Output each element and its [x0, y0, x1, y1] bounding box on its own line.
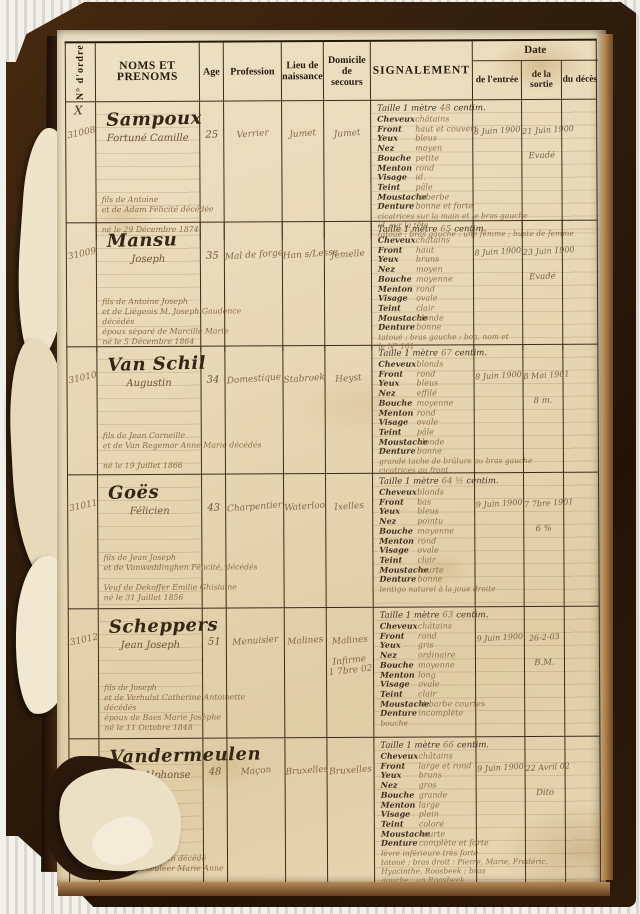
- age-cell: 48: [203, 739, 228, 886]
- signalement-fields: CheveuxchâtainsFronthaut et couvertYeuxb…: [377, 114, 471, 212]
- order-number: 31010: [68, 370, 98, 386]
- profession-value: Maçon: [227, 764, 285, 778]
- order-number-cell: 31012: [69, 609, 100, 738]
- signalement-fields: CheveuxblondsFrontrondYeuxbleusNezeffilé…: [378, 359, 472, 457]
- header-domicile: Domicile de secours: [324, 42, 371, 100]
- exit-note: Dito: [525, 787, 564, 799]
- domicile-cell: Bruxelles: [327, 738, 375, 886]
- header-date: Date: [473, 41, 598, 62]
- death-date: [563, 246, 599, 248]
- entry-date: 9 Juin 1900: [475, 498, 523, 510]
- exit-date: 21 Juin 1900: [522, 125, 561, 136]
- signalement-note: Hyacinthe, Roosbeek ; bras: [381, 866, 474, 875]
- entry-date: 8 Juin 1900: [474, 246, 522, 258]
- entry-date: 9 Juin 1900: [476, 762, 524, 774]
- order-number: 31012: [69, 632, 99, 648]
- birthplace-cell: Bruxelles: [285, 738, 328, 886]
- register-row: 31009 Mansu Joseph fils de Antoine Josep…: [66, 221, 599, 348]
- age-cell: 51: [203, 609, 228, 738]
- exit-date-cell: 23 Juin 1900Evadé: [523, 221, 564, 350]
- signalement-field: Denturebonne: [380, 575, 473, 585]
- signalement-fields: CheveuxchâtainsFrontlarge et rondYeuxbru…: [380, 751, 474, 849]
- birthplace-value: Han s/Lesse: [283, 249, 325, 262]
- birthplace-cell: Waterloo: [284, 474, 327, 607]
- signalement-note: lèvre inférieure très forte: [381, 848, 474, 857]
- entry-date-cell: 9 Juin 1900: [475, 473, 525, 606]
- name-cell: Sampoux Fortuné Camille fils de Antoinee…: [96, 102, 201, 241]
- signalement-field: Denturebonne: [378, 323, 471, 333]
- surname: Sampoux: [96, 101, 200, 131]
- order-number: 31009: [67, 246, 97, 262]
- signalement-cell: Taille 1 mètre64 ½centim. CheveuxblondsF…: [373, 473, 476, 607]
- signalement-note: bouche: [380, 718, 473, 727]
- domicile-cell: Heyst: [325, 346, 373, 475]
- header-order-number: N° d'ordre: [66, 43, 96, 101]
- header-date-entry: de l'entrée: [473, 61, 522, 99]
- check-mark: X: [74, 103, 83, 117]
- death-date-cell: [564, 473, 601, 606]
- domicile-value: Jumet: [324, 127, 371, 140]
- signalement-notes: lèvre inférieure très fortetatoué : bras…: [381, 848, 474, 884]
- profession-value: Charpentier: [226, 500, 284, 514]
- birthplace-cell: Stabroek: [283, 346, 326, 475]
- given-names: Fortuné Camille: [96, 133, 199, 145]
- entry-date-cell: 9 Juin 1900: [476, 607, 526, 736]
- age-cell: 34: [201, 347, 226, 476]
- entry-date-cell: 8 Juin 1900: [473, 100, 523, 238]
- age-value: 35: [201, 251, 224, 262]
- signalement-note: lentigo naturel à la joue droite: [380, 584, 473, 593]
- exit-date-cell: 7 7bre 19016 %: [524, 473, 565, 606]
- register-row: 31012 Scheppers Jean Joseph fils de Jose…: [68, 607, 601, 740]
- signalement-cell: Taille 1 mètre66centim. CheveuxchâtainsF…: [374, 737, 477, 886]
- age-value: 43: [202, 503, 225, 514]
- signalement-cell: Taille 1 mètre65centim. CheveuxchâtainsF…: [372, 221, 475, 351]
- death-date-cell: [563, 345, 600, 474]
- entry-date-cell: 8 Juin 1900: [474, 221, 524, 350]
- signalement-notes: grande tache de brûlure au bras gaucheci…: [379, 456, 472, 474]
- signalement-note: cicatrices sur la main et le bras gauche: [378, 211, 471, 220]
- birthplace-value: Stabroek: [283, 373, 325, 386]
- domicile-cell: Jumet: [324, 101, 372, 239]
- signalement-field: Denturebonne: [379, 447, 472, 457]
- table-header: N° d'ordre NOMS ET PRENOMS Age Professio…: [65, 39, 597, 103]
- entry-date-cell: 8 Juin 1900: [474, 345, 524, 474]
- exit-date-cell: 22 Avril 02Dito: [525, 737, 566, 886]
- surname: Scheppers: [98, 608, 202, 638]
- domicile-value: Ixelles: [326, 500, 373, 513]
- profession-value: Verrier: [224, 127, 282, 141]
- name-cell: Goës Félicien fils de Jean Josephet de V…: [98, 475, 203, 609]
- order-number: 31011: [68, 498, 98, 514]
- family-line: et de Adam Félicité décédée: [102, 205, 214, 216]
- given-names: Jean Joseph: [99, 640, 202, 652]
- exit-date: 22 Avril 02: [525, 762, 564, 773]
- death-date: [563, 370, 599, 372]
- death-date-cell: [565, 607, 602, 736]
- signalement-field: Dentureincomplète: [380, 709, 473, 719]
- signalement-cell: Taille 1 mètre63centim. CheveuxchâtainsF…: [374, 607, 477, 737]
- exit-note: Evadé: [523, 271, 562, 283]
- profession-cell: Mal de forge: [225, 222, 284, 351]
- signalement-notes: bouche: [380, 718, 473, 727]
- exit-date-cell: 8 Mai 19018 m.: [523, 345, 564, 474]
- header-age: Age: [200, 43, 224, 101]
- order-number-cell: 31010: [67, 347, 98, 476]
- exit-date-cell: 26-2-03B.M.: [525, 607, 566, 736]
- age-value: 34: [201, 375, 224, 386]
- exit-note: B.M.: [525, 657, 564, 669]
- name-cell: Mansu Joseph fils de Antoine Josephet de…: [97, 223, 202, 353]
- death-date-cell: [562, 100, 599, 238]
- exit-note: 6 %: [524, 523, 563, 535]
- exit-date: 26-2-03: [525, 632, 564, 643]
- age-cell: 25: [200, 102, 225, 240]
- profession-value: Menuisier: [227, 634, 285, 648]
- domicile-notes: [325, 267, 371, 272]
- header-names: NOMS ET PRENOMS: [96, 43, 200, 102]
- birthplace-cell: Malines: [285, 608, 328, 737]
- header-date-death: du décès: [562, 61, 598, 99]
- signalement-note: tatoué : bras droit : Pierre, Marie, Fré…: [381, 857, 474, 866]
- register-page: N° d'ordre NOMS ET PRENOMS Age Professio…: [57, 30, 606, 886]
- birthplace-value: Malines: [285, 635, 327, 648]
- death-date: [564, 498, 600, 500]
- domicile-value: Jemelle: [325, 248, 372, 261]
- death-date: [565, 632, 601, 634]
- age-cell: 35: [201, 223, 226, 352]
- birthplace-cell: Han s/Lesse: [283, 222, 326, 351]
- domicile-cell: Jemelle: [325, 222, 373, 351]
- name-cell: Van Schil Augustin fils de Jean Corneill…: [97, 347, 202, 477]
- given-names: Félicien: [98, 506, 201, 518]
- surname: Mansu: [96, 222, 200, 252]
- header-date-exit: de la sortie: [522, 61, 562, 99]
- signalement-note: tatoué : bras gauche : boa, nom et: [378, 332, 471, 341]
- exit-note: 8 m.: [523, 395, 562, 407]
- photo-scene: N° d'ordre NOMS ET PRENOMS Age Professio…: [0, 0, 640, 914]
- death-date: [566, 762, 602, 764]
- age-cell: 43: [202, 475, 227, 608]
- signalement-cell: Taille 1 mètre48centim. CheveuxchâtainsF…: [371, 100, 474, 239]
- age-value: 51: [203, 637, 226, 648]
- given-names: Augustin: [97, 378, 200, 390]
- register-row: 31011 Goës Félicien fils de Jean Josephe…: [67, 473, 600, 610]
- signalement-fields: CheveuxchâtainsFrontrondYeuxgrisNezordin…: [380, 621, 474, 719]
- age-value: 25: [200, 130, 223, 141]
- register-row: 31010 Van Schil Augustin fils de Jean Co…: [66, 345, 599, 476]
- domicile-notes: [326, 519, 372, 524]
- entry-date: 8 Juin 1900: [473, 125, 521, 137]
- exit-date-cell: 21 Juin 1900Evadé: [522, 100, 563, 238]
- profession-cell: Domestique: [225, 346, 284, 475]
- profession-value: Domestique: [225, 372, 283, 386]
- domicile-cell: Ixelles: [326, 474, 374, 607]
- domicile-cell: MalinesInfirme1 7bre 02: [327, 608, 375, 737]
- profession-cell: Charpentier: [226, 474, 285, 607]
- profession-cell: Maçon: [227, 738, 286, 886]
- domicile-notes: [324, 146, 370, 151]
- register-table: N° d'ordre NOMS ET PRENOMS Age Professio…: [65, 39, 602, 886]
- domicile-notes: [328, 783, 374, 788]
- profession-value: Mal de forge: [225, 248, 283, 262]
- order-number-cell: 31009: [67, 223, 98, 352]
- death-date-cell: [565, 737, 602, 886]
- register-row: X 31008 Sampoux Fortuné Camille fils de …: [65, 100, 598, 224]
- family-line: fils de Antoine: [102, 195, 214, 206]
- given-names: Joseph: [97, 254, 200, 266]
- domicile-notes: [326, 391, 372, 396]
- name-cell: Scheppers Jean Joseph fils de Josephet d…: [99, 609, 204, 739]
- death-date-cell: [563, 221, 600, 350]
- signalement-fields: CheveuxchâtainsFronthautYeuxbrunsNezmoye…: [378, 235, 472, 333]
- age-value: 48: [204, 767, 227, 778]
- exit-note: Evadé: [522, 150, 561, 162]
- birthplace-cell: Jumet: [282, 101, 325, 239]
- entry-date: 9 Juin 1900: [476, 632, 524, 644]
- signalement-note: grande tache de brûlure au bras gauche: [379, 456, 472, 465]
- book-page-edges: [601, 34, 613, 880]
- header-birthplace: Lieu de naissance: [282, 42, 324, 100]
- signalement-fields: CheveuxblondsFrontbasYeuxbleusNezpointuB…: [379, 487, 473, 585]
- order-number: 31008: [66, 125, 96, 141]
- order-number-cell: 31011: [68, 475, 99, 608]
- signalement-field: Denturebonne et forte: [378, 202, 471, 212]
- domicile-value: Bruxelles: [327, 764, 374, 777]
- surname: Van Schil: [97, 346, 201, 376]
- domicile-notes: Infirme1 7bre 02: [326, 653, 374, 678]
- exit-date: 8 Mai 1901: [523, 370, 562, 381]
- header-signalement: SIGNALEMENT: [371, 41, 473, 100]
- domicile-value: Heyst: [325, 372, 372, 385]
- birthplace-value: Waterloo: [284, 501, 326, 514]
- header-date-group: Date de l'entrée de la sortie du décès: [473, 41, 598, 100]
- signalement-field: Denturecomplète et forte: [381, 839, 474, 849]
- entry-date: 8 Juin 1900: [474, 370, 522, 382]
- signalement-notes: lentigo naturel à la joue droite: [380, 584, 473, 593]
- signalement-cell: Taille 1 mètre67centim. CheveuxblondsFro…: [372, 345, 475, 475]
- surname: Goës: [98, 474, 202, 504]
- profession-cell: Menuisier: [227, 608, 286, 737]
- domicile-value: Malines: [327, 634, 374, 647]
- birthplace-value: Bruxelles: [285, 765, 327, 778]
- exit-date: 23 Juin 1900: [523, 246, 562, 257]
- entry-date-cell: 9 Juin 1900: [476, 737, 526, 886]
- profession-cell: Verrier: [224, 101, 283, 239]
- header-profession: Profession: [224, 42, 282, 100]
- birthplace-value: Jumet: [282, 128, 324, 141]
- book-page-edges: [58, 882, 610, 896]
- exit-date: 7 7bre 1901: [524, 498, 563, 509]
- death-date: [562, 125, 598, 127]
- order-number-cell: X 31008: [66, 102, 97, 240]
